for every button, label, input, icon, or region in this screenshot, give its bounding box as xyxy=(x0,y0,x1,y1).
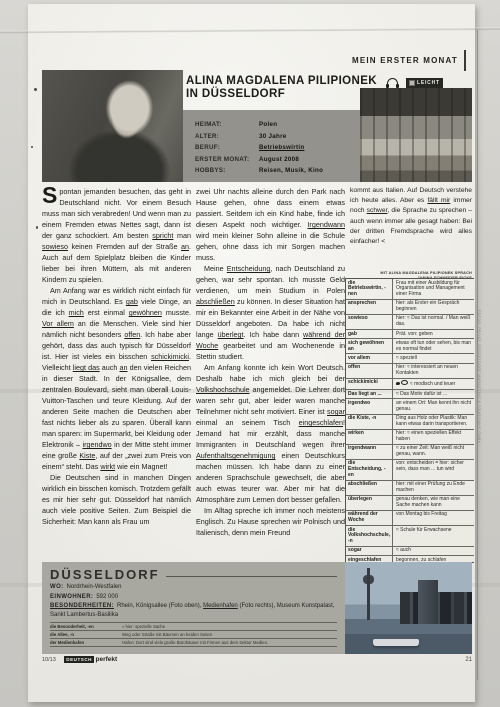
text-run: wird mein kleiner Sohn alleine in die Sc… xyxy=(196,231,345,262)
text-run: ≈ Schule für Erwachsene xyxy=(396,527,452,533)
vocab-definition: hier: mit einer Prüfung zu Ende machen xyxy=(393,481,474,495)
text-run: hier: ≈ Das ist normal. / Man weiß das. xyxy=(396,315,470,327)
scan-speck xyxy=(31,146,33,148)
vocab-row: schickimicki≈ modisch und teuer xyxy=(346,379,474,390)
headphones-icon xyxy=(386,78,399,88)
city-fact-label: BESONDERHEITEN: xyxy=(50,603,114,609)
text-run: fällt mir xyxy=(427,197,450,204)
text-run: Nordrhein-Westfalen xyxy=(67,584,122,590)
kicker-rule xyxy=(464,50,466,71)
text-run: etwas oft tun oder sehen, bis man es nor… xyxy=(396,340,471,352)
article-column-1: Spontan jemanden besuchen, das geht in D… xyxy=(42,186,191,527)
text-run: sowieso xyxy=(42,242,68,251)
spoken-language-icon xyxy=(396,382,400,385)
city-glossary-definition: ≈ hier: spezielle Sache xyxy=(122,624,337,629)
city-glossary-term: der Medienhafen xyxy=(50,640,122,645)
portrait-photo xyxy=(42,70,183,182)
text-run: sogar xyxy=(327,407,345,416)
city-fact-row: BESONDERHEITEN:Rhein, Königsallee (Foto … xyxy=(50,602,337,619)
vocab-term: irgendwo xyxy=(346,399,393,413)
vocab-term: wirken xyxy=(346,430,393,444)
city-glossary-term: die Besonderheit, -en xyxy=(50,624,122,629)
vocab-table: die Betriebswirtin, -nenFrau mit einer A… xyxy=(345,278,474,563)
vocab-term: schickimicki xyxy=(346,379,393,389)
text-run: Ding aus Holz oder Plastik: Man kann etw… xyxy=(396,415,467,427)
text-run: an einem Ort: Man kennt ihn nicht genau. xyxy=(396,400,471,412)
city-glossary-definition: Hafen: Dort sind viele große Bürohäuser … xyxy=(122,640,337,645)
vocab-row: ansprechenhier: als Erster ein Gespräch … xyxy=(346,300,474,315)
text-run: schickimicki xyxy=(151,352,189,361)
text-run: Rhein, Königsallee (Foto oben), xyxy=(117,603,203,609)
article-paragraph: Meine Entscheidung, nach Deutschland zu … xyxy=(196,263,345,362)
text-run: Irgendwann xyxy=(307,220,345,229)
level-badge-icon xyxy=(409,80,415,86)
text-run: von Montag bis Freitag xyxy=(396,511,447,517)
profile-value: 30 Jahre xyxy=(259,131,287,143)
vocab-term: überlegen xyxy=(346,496,393,510)
rheinturm-tower xyxy=(367,568,370,620)
text-run: gewöhnen xyxy=(129,308,162,317)
article-paragraph: Spontan jemanden besuchen, das geht in D… xyxy=(42,186,191,285)
vocab-row: irgendwann≈ zu einer Zeit: Man weiß nich… xyxy=(346,445,474,460)
profile-rows: HEIMAT:PolenALTER:30 JahreBERUF:Betriebs… xyxy=(195,119,350,177)
text-run: . Ich habe dann xyxy=(244,330,303,339)
vocab-term: die Volkshochschule, -n xyxy=(346,526,393,546)
vocab-row: die Kiste, -nDing aus Holz oder Plastik:… xyxy=(346,415,474,430)
profile-panel: HEIMAT:PolenALTER:30 JahreBERUF:Betriebs… xyxy=(183,110,360,182)
koenigsallee-photo xyxy=(360,88,472,182)
boat xyxy=(373,639,419,646)
vocab-definition: ≈ speziell xyxy=(393,354,474,362)
article-paragraph: Am Anfang konnte ich kein Wort Deutsch. … xyxy=(196,362,345,505)
issue-number: 10/13 xyxy=(42,657,56,663)
vocab-term: sich gewöhnen an xyxy=(346,339,393,353)
profile-row: ERSTER MONAT:August 2008 xyxy=(195,154,350,166)
vocab-term: vor allem xyxy=(346,354,393,362)
text-run: genau denken, wie man eine Sache machen … xyxy=(396,496,460,508)
vocab-row: während der Wochevon Montag bis Freitag xyxy=(346,511,474,526)
text-run: musste. xyxy=(162,308,191,317)
vocab-term: ansprechen xyxy=(346,300,393,314)
text-run: ≈ modisch und teuer xyxy=(410,381,455,387)
vocab-definition: hier: ≈ Das ist normal. / Man weiß das. xyxy=(393,315,474,329)
text-run: liegt das xyxy=(73,363,100,372)
vocab-row: abschließenhier: mit einer Prüfung zu En… xyxy=(346,481,474,496)
vocab-term: während der Woche xyxy=(346,511,393,525)
text-run: den vielen Reichen in dieser Stadt. In d… xyxy=(42,363,191,449)
text-run: Meine xyxy=(204,264,227,273)
profile-label: ALTER: xyxy=(195,131,259,143)
vocab-row: Das liegt an ...≈ Das Motiv dafür ist ..… xyxy=(346,390,474,399)
profile-label: BERUF: xyxy=(195,142,259,154)
text-run: Volkshochschule xyxy=(196,385,250,394)
text-run: Kiste xyxy=(79,451,95,460)
city-glossary-term: die Allee, -n xyxy=(50,632,122,637)
vocab-term: sogar xyxy=(346,547,393,555)
text-run: Aufenthaltsgenehmigung xyxy=(196,451,276,460)
scanned-magazine-page: MEIN ERSTER MONAT ALINA MAGDALENA PILIPI… xyxy=(0,0,500,707)
vocab-definition: ≈ zu einer Zeit: Man weiß nicht genau, w… xyxy=(393,445,474,459)
vocab-term: abschließen xyxy=(346,481,393,495)
text-run: gab xyxy=(126,297,138,306)
article-paragraph: zwei Uhr nachts alleine durch den Park n… xyxy=(196,186,345,263)
vocab-definition: Ding aus Holz oder Plastik: Man kann etw… xyxy=(393,415,474,429)
text-run: ≈ speziell xyxy=(396,355,417,361)
article-title-line1: ALINA MAGDALENA PILIPIONEK xyxy=(186,75,377,88)
article-title: ALINA MAGDALENA PILIPIONEK IN DÜSSELDORF xyxy=(186,75,377,101)
profile-value: Reisen, Musik, Kino xyxy=(259,165,323,177)
text-run: hier: ≈ interessiert an neuen Kontakten xyxy=(396,364,458,376)
text-run: Vor allem xyxy=(42,319,74,328)
article-paragraph: Am Anfang war es wirklich nicht einfach … xyxy=(42,285,191,472)
scan-speck xyxy=(34,88,37,91)
vocab-term: die Kiste, -n xyxy=(346,415,393,429)
text-run: 592 000 xyxy=(96,594,118,600)
scan-speck xyxy=(36,226,38,229)
profile-value: Polen xyxy=(259,119,277,131)
vocab-definition: Prät. von: geben xyxy=(393,330,474,338)
vocab-definition: hier: ≈ interessiert an neuen Kontakten xyxy=(393,364,474,378)
text-run: Prät. von: geben xyxy=(396,331,433,337)
vocab-definition: genau denken, wie man eine Sache machen … xyxy=(393,496,474,510)
vocab-definition: von: entscheiden = hier: sicher sein, da… xyxy=(393,460,474,480)
vocab-definition: an einem Ort: Man kennt ihn nicht genau. xyxy=(393,399,474,413)
text-run: auch xyxy=(100,363,120,372)
text-run: ≈ Das Motiv dafür ist ... xyxy=(396,391,447,397)
article-paragraph: Die Deutschen sind in manchen Dingen wir… xyxy=(42,472,191,527)
text-run: keinen Fremden auf der Straße xyxy=(68,242,181,251)
vocab-row: gabPrät. von: geben xyxy=(346,330,474,339)
text-run: man xyxy=(173,231,191,240)
vocab-row: überlegengenau denken, wie man eine Sach… xyxy=(346,496,474,511)
vocab-row: offenhier: ≈ interessiert an neuen Konta… xyxy=(346,364,474,379)
vocab-definition: von Montag bis Freitag xyxy=(393,511,474,525)
city-info-box: DÜSSELDORF WO:Nordrhein-WestfalenEINWOHN… xyxy=(42,562,345,654)
text-run: Medienhafen xyxy=(203,603,238,609)
page-footer: 10/13 DEUTSCH perfekt 21 xyxy=(42,656,472,663)
city-fact-row: WO:Nordrhein-Westfalen xyxy=(50,583,337,592)
article-title-line2: IN DÜSSELDORF xyxy=(186,88,377,101)
text-run: Die Deutschen sind in manchen Dingen wir… xyxy=(42,473,191,526)
text-run: ≈ auch xyxy=(396,547,411,553)
text-run: wie ein Magnet! xyxy=(115,462,167,471)
text-run: überlegt xyxy=(218,330,244,339)
profile-row: BERUF:Betriebswirtin xyxy=(195,142,350,154)
vocab-row: die Entscheidung, -envon: entscheiden = … xyxy=(346,460,474,481)
photo-credit-vertical: FOTOS: PRIVAT; DÜSSELDORF MARKETING & TO… xyxy=(477,310,481,444)
profile-label: ERSTER MONAT: xyxy=(195,154,259,166)
vocab-definition: ≈ auch xyxy=(393,547,474,555)
vocab-term: die Entscheidung, -en xyxy=(346,460,393,480)
article-column-3: kommt aus Italien. Auf Deutsch verstehe … xyxy=(350,186,472,247)
text-run: Am Anfang konnte ich kein Wort Deutsch. … xyxy=(196,363,345,383)
vocab-row: sowiesohier: ≈ Das ist normal. / Man wei… xyxy=(346,315,474,330)
text-run: Entscheidung xyxy=(227,264,271,273)
article-column-2: zwei Uhr nachts alleine durch den Park n… xyxy=(196,186,345,538)
text-run: ≈ zu einer Zeit: Man weiß nicht genau, w… xyxy=(396,445,464,457)
vocab-row: sogar≈ auch xyxy=(346,547,474,556)
city-fact-label: WO: xyxy=(50,584,64,590)
profile-label: HEIMAT: xyxy=(195,119,259,131)
logo-perfekt: perfekt xyxy=(95,656,117,663)
article-paragraph: kommt aus Italien. Auf Deutsch verstehe … xyxy=(350,186,472,247)
profile-row: ALTER:30 Jahre xyxy=(195,131,350,143)
text-run: wirkt xyxy=(100,462,115,471)
text-run: spricht xyxy=(152,231,173,240)
profile-row: HEIMAT:Polen xyxy=(195,119,350,131)
logo-deutsch: DEUTSCH xyxy=(64,656,95,663)
city-glossary-row: die Allee, -nWeg oder Straße mit Bäumen … xyxy=(50,631,337,639)
text-run: gearbeitet und am Wochenende in Stettin … xyxy=(196,341,345,361)
vocab-row: die Volkshochschule, -n≈ Schule für Erwa… xyxy=(346,526,474,547)
text-run: hier: mit einer Prüfung zu Ende machen xyxy=(396,481,465,493)
vocab-row: vor allem≈ speziell xyxy=(346,354,474,363)
text-run: erst einmal xyxy=(84,308,129,317)
vocab-definition: ≈ modisch und teuer xyxy=(393,379,474,389)
drop-cap: S xyxy=(42,186,59,205)
text-run: mich xyxy=(69,308,84,317)
vocab-definition: ≈ Schule für Erwachsene xyxy=(393,526,474,546)
text-run: Im Alltag spreche ich immer noch meisten… xyxy=(196,506,345,537)
vocab-row: wirkenhier: ≈ einen speziellen Effekt ha… xyxy=(346,430,474,445)
vocab-term: Das liegt an ... xyxy=(346,390,393,398)
vocab-definition: hier: ≈ einen speziellen Effekt haben xyxy=(393,430,474,444)
vocab-term: irgendwann xyxy=(346,445,393,459)
page-number: 21 xyxy=(465,657,472,663)
spoken-language-icon xyxy=(401,380,408,385)
city-glossary-row: der MedienhafenHafen: Dort sind viele gr… xyxy=(50,639,337,647)
text-run: eingeschlafen xyxy=(299,418,343,427)
vocab-row: irgendwoan einem Ort: Man kennt ihn nich… xyxy=(346,399,474,414)
vocab-definition: ≈ Das Motiv dafür ist ... xyxy=(393,390,474,398)
article-paragraph: Im Alltag spreche ich immer noch meisten… xyxy=(196,505,345,538)
city-fact-row: EINWOHNER:592 000 xyxy=(50,593,337,602)
vocab-term: die Betriebswirtin, -nen xyxy=(346,279,393,299)
profile-row: HOBBYS:Reisen, Musik, Kino xyxy=(195,165,350,177)
profile-label: HOBBYS: xyxy=(195,165,259,177)
text-run: einmal an seinem Tisch xyxy=(196,418,299,427)
text-run: offen xyxy=(124,330,140,339)
text-run: hier: ≈ einen speziellen Effekt haben xyxy=(396,430,461,442)
section-kicker: MEIN ERSTER MONAT xyxy=(300,56,458,65)
text-run: an xyxy=(120,363,128,372)
city-glossary: die Besonderheit, -en≈ hier: spezielle S… xyxy=(50,622,337,647)
harbor-building-tall xyxy=(418,580,438,624)
profile-value: August 2008 xyxy=(259,154,299,166)
vocab-term: offen xyxy=(346,364,393,378)
city-facts: WO:Nordrhein-WestfalenEINWOHNER:592 000B… xyxy=(50,583,337,619)
vocab-row: sich gewöhnen anetwas oft tun oder sehen… xyxy=(346,339,474,354)
city-glossary-definition: Weg oder Straße mit Bäumen an beiden Sei… xyxy=(122,632,337,637)
text-run: schwer xyxy=(367,207,388,214)
text-run: von: entscheiden = hier: sicher sein, da… xyxy=(396,460,464,472)
medienhafen-photo xyxy=(345,562,472,654)
vocab-row: die Betriebswirtin, -nenFrau mit einer A… xyxy=(346,279,474,300)
vocab-definition: hier: als Erster ein Gespräch beginnen xyxy=(393,300,474,314)
city-title: DÜSSELDORF xyxy=(50,567,337,582)
city-fact-label: EINWOHNER: xyxy=(50,594,93,600)
vocab-definition: etwas oft tun oder sehen, bis man es nor… xyxy=(393,339,474,353)
level-badge: LEICHT xyxy=(406,78,443,88)
text-run: an xyxy=(181,242,189,251)
vocab-term: gab xyxy=(346,330,393,338)
text-run: abschließen xyxy=(196,297,235,306)
level-badge-label: LEICHT xyxy=(417,80,440,86)
profile-value: Betriebswirtin xyxy=(259,142,304,154)
city-glossary-row: die Besonderheit, -en≈ hier: spezielle S… xyxy=(50,623,337,631)
text-run: Frau mit einer Ausbildung für Organisati… xyxy=(396,280,465,298)
vocab-definition: Frau mit einer Ausbildung für Organisati… xyxy=(393,279,474,299)
text-run: hier: als Erster ein Gespräch beginnen xyxy=(396,300,459,312)
magazine-logo: DEUTSCH perfekt xyxy=(64,656,117,663)
vocab-term: sowieso xyxy=(346,315,393,329)
text-run: irgendwo xyxy=(82,440,111,449)
